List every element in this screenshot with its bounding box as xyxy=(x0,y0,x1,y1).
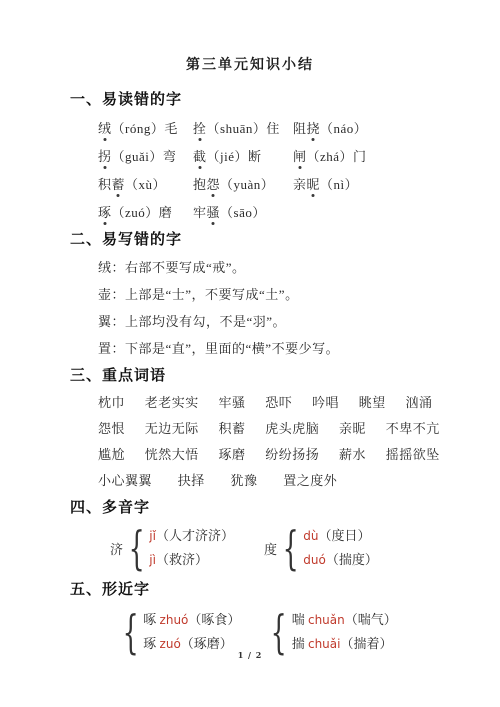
head-char: 啄 xyxy=(143,612,156,627)
emphasized-char: 闸 xyxy=(293,148,307,166)
section-heading-1: 一、易读错的字 xyxy=(70,90,500,110)
pinyin-line: jì（救济） xyxy=(149,548,234,572)
pinyin-rest: （náo） xyxy=(320,121,367,136)
section-heading-5: 五、形近字 xyxy=(70,580,500,600)
char-line: 喘 chuǎn（喘气） xyxy=(292,608,397,632)
word-row: 尴尬 恍然大悟 琢磨 纷纷扬扬 薪水 摇摇欲坠 xyxy=(98,446,500,464)
page-title: 第三单元知识小结 xyxy=(0,0,500,76)
pre-char: 牢 xyxy=(193,205,207,220)
pinyin-rest: （nì） xyxy=(320,177,358,192)
emphasized-char: 拴 xyxy=(193,120,207,138)
pinyin-rest: （zhá）门 xyxy=(307,149,367,164)
char-row: 积蓄（xù） 抱怨（yuàn） 亲昵（nì） xyxy=(98,176,500,194)
char-item: 截（jié）断 xyxy=(193,148,293,166)
char-row: 绒（róng）毛 拴（shuān）住 阻挠（náo） xyxy=(98,120,500,138)
section-heading-2: 二、易写错的字 xyxy=(70,230,500,250)
pinyin: chuǎn xyxy=(308,613,345,627)
example-word: （度日） xyxy=(319,528,371,543)
pinyin-rest: （jié）断 xyxy=(207,149,262,164)
char-lines: 喘 chuǎn（喘气） 揣 chuǎi（揣着） xyxy=(292,608,397,656)
example-word: （啄食） xyxy=(188,612,240,627)
pinyin: duó xyxy=(303,553,326,567)
pinyin-lines: dù（度日） duó（揣度） xyxy=(303,524,378,572)
emphasized-char: 昵 xyxy=(307,176,321,194)
emphasized-char: 截 xyxy=(193,148,207,166)
pre-char: 抱 xyxy=(193,177,207,192)
polyphone-section: 济 { jǐ（人才济济） jì（救济） 度 { dù（度日） duó（揣度） xyxy=(110,524,500,572)
note-line: 壶：上部是“士”，不要写成“土”。 xyxy=(98,286,500,304)
pinyin-rest: （róng）毛 xyxy=(112,121,178,136)
word-row: 怨恨 无边无际 积蓄 虎头虎脑 亲昵 不卑不亢 xyxy=(98,420,500,438)
example-word: （揣着） xyxy=(340,636,392,651)
char-item: 抱怨（yuàn） xyxy=(193,176,293,194)
char-lines: 啄 zhuó（啄食） 琢 zuó（琢磨） xyxy=(143,608,240,656)
similar-chars-section: { 啄 zhuó（啄食） 琢 zuó（琢磨） { 喘 chuǎn（喘气） 揣 c… xyxy=(118,608,500,656)
example-word: （喘气） xyxy=(345,612,397,627)
pinyin: jǐ xyxy=(149,529,156,543)
section-heading-4: 四、多音字 xyxy=(70,498,500,518)
polyphone-group: 济 { jǐ（人才济济） jì（救济） xyxy=(110,524,234,572)
char-item: 绒（róng）毛 xyxy=(98,120,193,138)
curly-brace-icon: { xyxy=(123,608,139,656)
pinyin-rest: （shuān）住 xyxy=(207,121,280,136)
pinyin-rest: （sāo） xyxy=(220,205,266,220)
polyphone-group: 度 { dù（度日） duó（揣度） xyxy=(264,524,378,572)
pinyin: zuó xyxy=(160,637,181,651)
head-char: 喘 xyxy=(292,612,305,627)
char-item: 琢（zuó）磨 xyxy=(98,204,193,222)
pinyin-line: dù（度日） xyxy=(303,524,378,548)
word-row: 小心翼翼 抉择 犹豫 置之度外 xyxy=(98,472,500,490)
similar-char-group: { 喘 chuǎn（喘气） 揣 chuǎi（揣着） xyxy=(266,608,396,656)
note-line: 置：下部是“直”，里面的“横”不要少写。 xyxy=(98,340,500,358)
emphasized-char: 蓄 xyxy=(112,176,126,194)
char-item: 闸（zhá）门 xyxy=(293,148,367,166)
curly-brace-icon: { xyxy=(283,524,299,572)
pinyin-rest: （zuó）磨 xyxy=(112,205,173,220)
char-item: 拴（shuān）住 xyxy=(193,120,293,138)
char-row: 琢（zuó）磨 牢骚（sāo） xyxy=(98,204,500,222)
note-line: 翼：上部均没有勾，不是“羽”。 xyxy=(98,313,500,331)
char-item: 阻挠（náo） xyxy=(293,120,367,138)
pinyin: jì xyxy=(149,553,156,567)
emphasized-char: 怨 xyxy=(207,176,221,194)
pinyin-line: duó（揣度） xyxy=(303,548,378,572)
pinyin-line: jǐ（人才济济） xyxy=(149,524,234,548)
pre-char: 亲 xyxy=(293,177,307,192)
char-item: 拐（guǎi）弯 xyxy=(98,148,193,166)
head-char: 琢 xyxy=(143,636,156,651)
pinyin-rest: （xù） xyxy=(125,177,166,192)
char-item: 亲昵（nì） xyxy=(293,176,358,194)
char-row: 拐（guǎi）弯 截（jié）断 闸（zhá）门 xyxy=(98,148,500,166)
page-number: 1 / 2 xyxy=(0,650,500,660)
curly-brace-icon: { xyxy=(271,608,287,656)
base-char: 度 xyxy=(264,539,277,558)
emphasized-char: 绒 xyxy=(98,120,112,138)
pinyin-rest: （yuàn） xyxy=(220,177,274,192)
base-char: 济 xyxy=(110,539,123,558)
pinyin: dù xyxy=(303,529,318,543)
pinyin: chuǎi xyxy=(308,637,341,651)
pinyin-rest: （guǎi）弯 xyxy=(112,149,177,164)
word-row: 枕巾 老老实实 牢骚 恐吓 吟唱 眺望 汹涌 xyxy=(98,394,500,412)
example-word: （人才济济） xyxy=(156,528,234,543)
emphasized-char: 拐 xyxy=(98,148,112,166)
example-word: （揣度） xyxy=(326,552,378,567)
similar-char-group: { 啄 zhuó（啄食） 琢 zuó（琢磨） xyxy=(118,608,240,656)
char-line: 啄 zhuó（啄食） xyxy=(143,608,240,632)
pinyin-lines: jǐ（人才济济） jì（救济） xyxy=(149,524,234,572)
emphasized-char: 琢 xyxy=(98,204,112,222)
char-item: 牢骚（sāo） xyxy=(193,204,293,222)
note-line: 绒：右部不要写成“戒”。 xyxy=(98,259,500,277)
pre-char: 阻 xyxy=(293,121,307,136)
head-char: 揣 xyxy=(292,636,305,651)
emphasized-char: 挠 xyxy=(307,120,321,138)
emphasized-char: 骚 xyxy=(207,204,221,222)
document-page: 第三单元知识小结 一、易读错的字 绒（róng）毛 拴（shuān）住 阻挠（n… xyxy=(0,0,500,707)
section-heading-3: 三、重点词语 xyxy=(70,366,500,386)
pre-char: 积 xyxy=(98,177,112,192)
example-word: （琢磨） xyxy=(181,636,233,651)
char-item: 积蓄（xù） xyxy=(98,176,193,194)
pinyin: zhuó xyxy=(160,613,189,627)
example-word: （救济） xyxy=(156,552,208,567)
curly-brace-icon: { xyxy=(129,524,145,572)
